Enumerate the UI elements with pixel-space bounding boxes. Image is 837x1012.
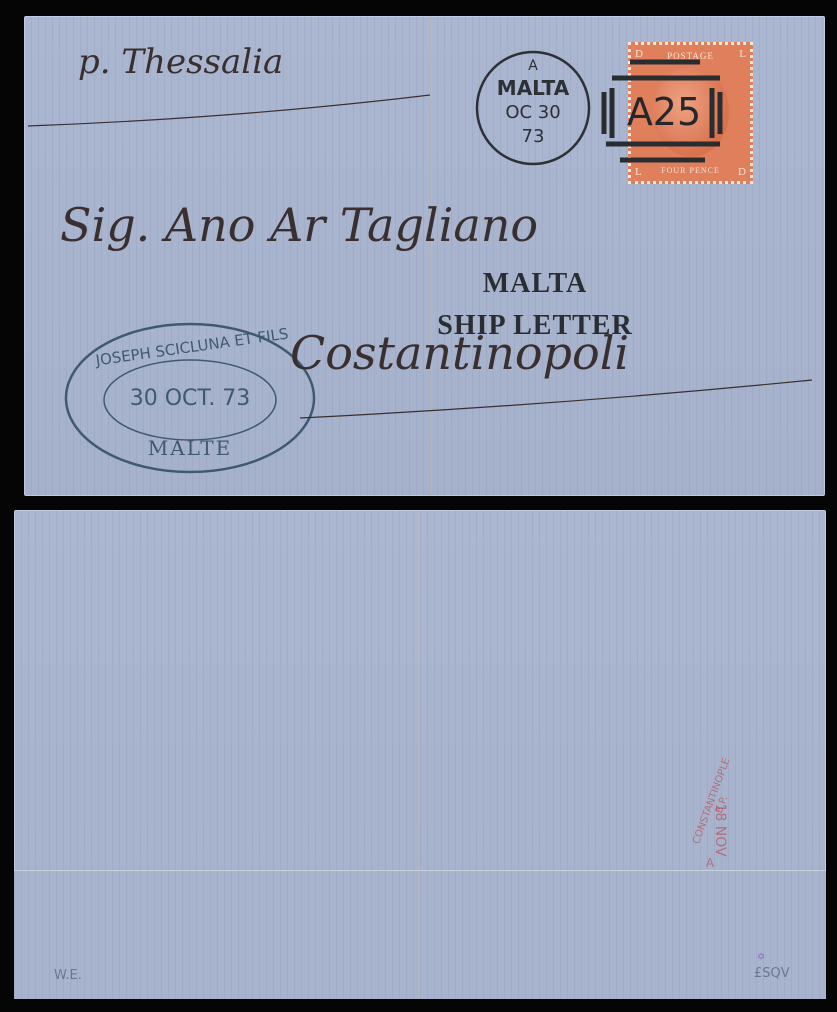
pencil-note-right: £SQV: [754, 966, 790, 981]
arrival-mark-date: 18 NOV: [712, 800, 728, 860]
arrival-mark-letter: A: [700, 856, 720, 870]
cachet-date: 30 OCT. 73: [110, 386, 270, 411]
datestamp-date: OC 30: [478, 102, 588, 123]
obliterator-number: A25: [614, 90, 714, 134]
datestamp-place: MALTA: [478, 76, 588, 100]
back-flap: [14, 870, 826, 999]
fold-crease-back: [418, 512, 420, 998]
datestamp-letter: A: [478, 58, 588, 74]
pencil-note-left: W.E.: [54, 968, 82, 983]
datestamp-year: 73: [478, 126, 588, 147]
cachet-place: MALTE: [110, 436, 270, 460]
ship-letter-line-2: SHIP LETTER: [410, 310, 660, 342]
ship-letter-line-1: MALTA: [440, 268, 630, 300]
star-mark-icon: ✡: [757, 952, 765, 963]
address-line-1: Sig. Ano Ar Tagliano: [60, 198, 538, 252]
route-endorsement: p. Thessalia: [78, 42, 283, 82]
